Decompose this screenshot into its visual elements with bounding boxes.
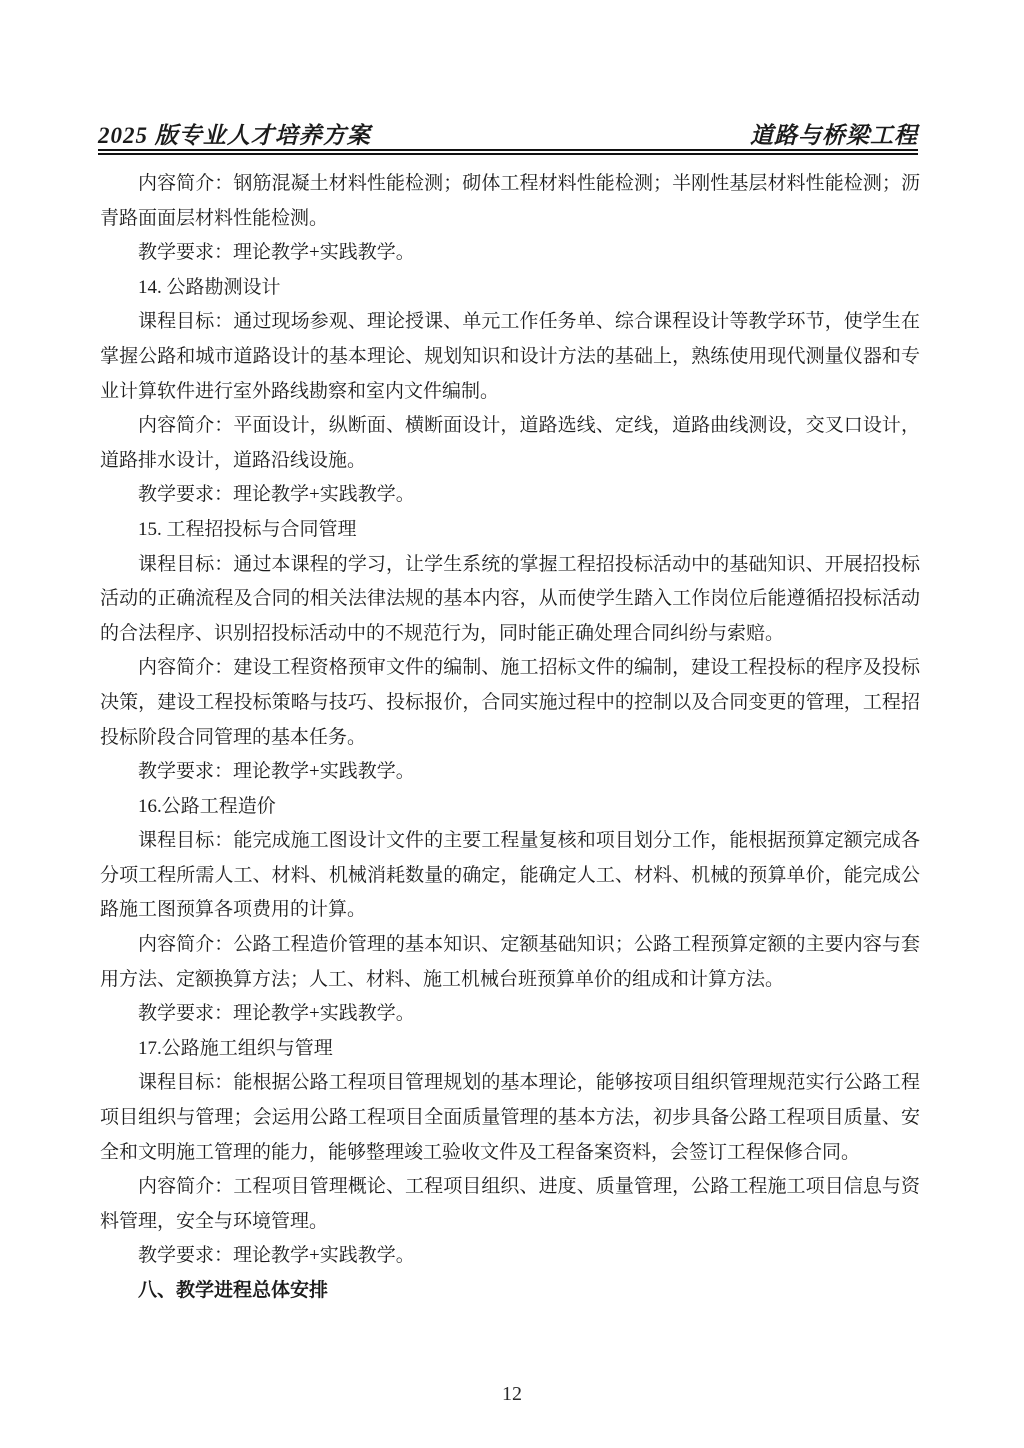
course-item-16-title: 16.公路工程造价 bbox=[100, 790, 920, 825]
paragraph-teaching-requirement-14: 教学要求：理论教学+实践教学。 bbox=[100, 478, 920, 513]
paragraph-teaching-requirement-15: 教学要求：理论教学+实践教学。 bbox=[100, 755, 920, 790]
paragraph-teaching-requirement-13: 教学要求：理论教学+实践教学。 bbox=[100, 236, 920, 271]
paragraph-content-intro-17: 内容简介：工程项目管理概论、工程项目组织、进度、质量管理，公路工程施工项目信息与… bbox=[100, 1170, 920, 1239]
header-rule-bottom-line bbox=[98, 153, 918, 155]
paragraph-course-objective-14: 课程目标：通过现场参观、理论授课、单元工作任务单、综合课程设计等教学环节，使学生… bbox=[100, 305, 920, 409]
header-right-title: 道路与桥梁工程 bbox=[750, 117, 918, 150]
paragraph-content-intro-14: 内容简介：平面设计，纵断面、横断面设计，道路选线、定线，道路曲线测设，交叉口设计… bbox=[100, 409, 920, 478]
running-header: 2025 版专业人才培养方案 道路与桥梁工程 bbox=[98, 117, 918, 150]
section-heading-teaching-schedule: 八、教学进程总体安排 bbox=[100, 1274, 920, 1309]
course-item-15-title: 15. 工程招投标与合同管理 bbox=[100, 513, 920, 548]
page-footer: 12 bbox=[0, 1383, 1024, 1406]
paragraph-content-intro-16: 内容简介：公路工程造价管理的基本知识、定额基础知识；公路工程预算定额的主要内容与… bbox=[100, 928, 920, 997]
paragraph-content-intro-15: 内容简介：建设工程资格预审文件的编制、施工招标文件的编制，建设工程投标的程序及投… bbox=[100, 651, 920, 755]
course-item-14-title: 14. 公路勘测设计 bbox=[100, 271, 920, 306]
paragraph-content-intro-13: 内容简介：钢筋混凝土材料性能检测；砌体工程材料性能检测；半刚性基层材料性能检测；… bbox=[100, 167, 920, 236]
paragraph-course-objective-15: 课程目标：通过本课程的学习，让学生系统的掌握工程招投标活动中的基础知识、开展招投… bbox=[100, 548, 920, 652]
paragraph-teaching-requirement-17: 教学要求：理论教学+实践教学。 bbox=[100, 1239, 920, 1274]
paragraph-course-objective-16: 课程目标：能完成施工图设计文件的主要工程量复核和项目划分工作，能根据预算定额完成… bbox=[100, 824, 920, 928]
header-left-title: 2025 版专业人才培养方案 bbox=[98, 117, 371, 150]
page-number: 12 bbox=[502, 1383, 522, 1405]
paragraph-teaching-requirement-16: 教学要求：理论教学+实践教学。 bbox=[100, 997, 920, 1032]
course-item-17-title: 17.公路施工组织与管理 bbox=[100, 1032, 920, 1067]
header-rule bbox=[98, 149, 918, 155]
document-page: 2025 版专业人才培养方案 道路与桥梁工程 内容简介：钢筋混凝土材料性能检测；… bbox=[0, 0, 1024, 1448]
document-body: 内容简介：钢筋混凝土材料性能检测；砌体工程材料性能检测；半刚性基层材料性能检测；… bbox=[100, 167, 920, 1309]
paragraph-course-objective-17: 课程目标：能根据公路工程项目管理规划的基本理论，能够按项目组织管理规范实行公路工… bbox=[100, 1066, 920, 1170]
